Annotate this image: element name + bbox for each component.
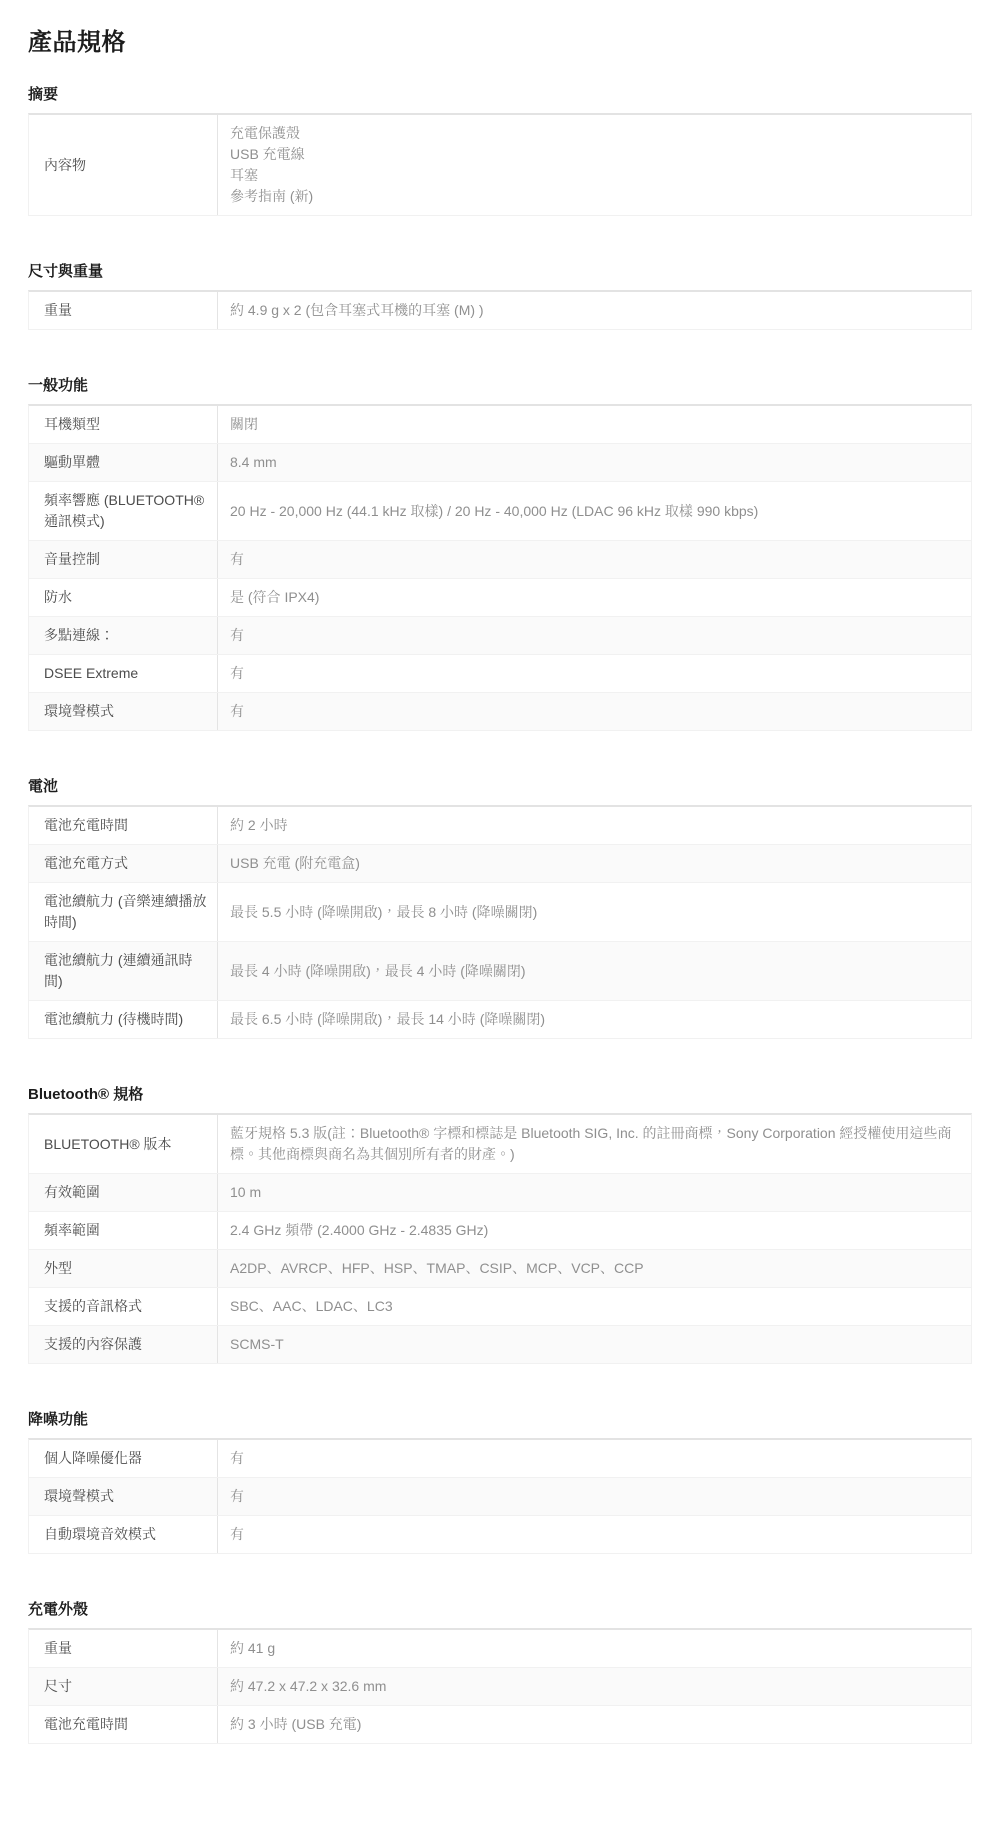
spec-row: 音量控制有	[29, 540, 971, 578]
spec-value-line: 有	[230, 1524, 957, 1545]
spec-label: 驅動單體	[29, 444, 217, 481]
spec-label: 電池續航力 (待機時間)	[29, 1001, 217, 1038]
spec-label-text: 電池續航力 (待機時間)	[44, 1009, 183, 1030]
spec-table: 個人降噪優化器有環境聲模式有自動環境音效模式有	[28, 1438, 972, 1554]
spec-section: Bluetooth® 規格BLUETOOTH® 版本藍牙規格 5.3 版(註：B…	[28, 1083, 972, 1364]
spec-label-text: 電池充電時間	[44, 1714, 128, 1735]
spec-label-text: BLUETOOTH® 版本	[44, 1134, 172, 1155]
spec-value-line: USB 充電線	[230, 144, 957, 165]
spec-label: DSEE Extreme	[29, 655, 217, 692]
spec-row: 電池充電方式USB 充電 (附充電盒)	[29, 844, 971, 882]
spec-row: 重量約 4.9 g x 2 (包含耳塞式耳機的耳塞 (M) )	[29, 292, 971, 329]
spec-value-line: 關閉	[230, 414, 957, 435]
spec-value-line: 有	[230, 1486, 957, 1507]
spec-value-line: 有	[230, 663, 957, 684]
spec-label-text: 環境聲模式	[44, 1486, 114, 1507]
spec-label-text: 電池充電方式	[44, 853, 128, 874]
spec-value: 10 m	[217, 1174, 971, 1211]
spec-row: 重量約 41 g	[29, 1630, 971, 1667]
spec-label: 防水	[29, 579, 217, 616]
spec-table: 電池充電時間約 2 小時電池充電方式USB 充電 (附充電盒)電池續航力 (音樂…	[28, 805, 972, 1039]
spec-value: 約 4.9 g x 2 (包含耳塞式耳機的耳塞 (M) )	[217, 292, 971, 329]
spec-row: 多點連線：有	[29, 616, 971, 654]
section-heading: Bluetooth® 規格	[28, 1083, 972, 1104]
spec-value-line: SCMS-T	[230, 1334, 957, 1355]
spec-value: 充電保護殼USB 充電線耳塞參考指南 (新)	[217, 115, 971, 215]
spec-label-text: 有效範圍	[44, 1182, 100, 1203]
spec-value-line: 有	[230, 1448, 957, 1469]
spec-label: 環境聲模式	[29, 1478, 217, 1515]
spec-value: 有	[217, 617, 971, 654]
spec-value-line: 8.4 mm	[230, 452, 957, 473]
section-heading: 摘要	[28, 83, 972, 104]
spec-label: 內容物	[29, 115, 217, 215]
spec-table: 耳機類型關閉驅動單體8.4 mm頻率響應 (BLUETOOTH® 通訊模式)20…	[28, 404, 972, 731]
spec-label: 電池充電方式	[29, 845, 217, 882]
spec-value-line: 2.4 GHz 頻帶 (2.4000 GHz - 2.4835 GHz)	[230, 1220, 957, 1241]
spec-label: 尺寸	[29, 1668, 217, 1705]
spec-value-line: 有	[230, 625, 957, 646]
spec-value-line: 約 47.2 x 47.2 x 32.6 mm	[230, 1676, 957, 1697]
spec-label-text: 音量控制	[44, 549, 100, 570]
spec-value: 有	[217, 1516, 971, 1553]
spec-label: BLUETOOTH® 版本	[29, 1115, 217, 1173]
spec-row: DSEE Extreme有	[29, 654, 971, 692]
spec-label-text: 頻率範圍	[44, 1220, 100, 1241]
spec-row: BLUETOOTH® 版本藍牙規格 5.3 版(註：Bluetooth® 字標和…	[29, 1115, 971, 1173]
spec-label: 自動環境音效模式	[29, 1516, 217, 1553]
spec-row: 自動環境音效模式有	[29, 1515, 971, 1553]
spec-label-text: 電池續航力 (連續通訊時間)	[44, 950, 207, 992]
spec-value-line: SBC、AAC、LDAC、LC3	[230, 1296, 957, 1317]
spec-section: 充電外殼重量約 41 g尺寸約 47.2 x 47.2 x 32.6 mm電池充…	[28, 1598, 972, 1744]
spec-label: 外型	[29, 1250, 217, 1287]
spec-value-line: 10 m	[230, 1182, 957, 1203]
spec-section: 尺寸與重量重量約 4.9 g x 2 (包含耳塞式耳機的耳塞 (M) )	[28, 260, 972, 330]
spec-value: 有	[217, 541, 971, 578]
spec-label: 電池續航力 (連續通訊時間)	[29, 942, 217, 1000]
spec-row: 電池續航力 (音樂連續播放時間)最長 5.5 小時 (降噪開啟)，最長 8 小時…	[29, 882, 971, 941]
spec-value-line: 耳塞	[230, 165, 957, 186]
spec-value-line: 有	[230, 549, 957, 570]
spec-value: 有	[217, 1478, 971, 1515]
spec-value-line: 參考指南 (新)	[230, 186, 957, 207]
spec-row: 電池續航力 (待機時間)最長 6.5 小時 (降噪開啟)，最長 14 小時 (降…	[29, 1000, 971, 1038]
spec-table: 內容物充電保護殼USB 充電線耳塞參考指南 (新)	[28, 113, 972, 216]
spec-row: 頻率響應 (BLUETOOTH® 通訊模式)20 Hz - 20,000 Hz …	[29, 481, 971, 540]
section-heading: 充電外殼	[28, 1598, 972, 1619]
spec-label: 有效範圍	[29, 1174, 217, 1211]
spec-label-text: 多點連線：	[44, 625, 114, 646]
spec-value: 關閉	[217, 406, 971, 443]
spec-value: 約 2 小時	[217, 807, 971, 844]
spec-label: 頻率範圍	[29, 1212, 217, 1249]
spec-label: 音量控制	[29, 541, 217, 578]
spec-row: 電池續航力 (連續通訊時間)最長 4 小時 (降噪開啟)，最長 4 小時 (降噪…	[29, 941, 971, 1000]
spec-value: SCMS-T	[217, 1326, 971, 1363]
spec-label: 重量	[29, 292, 217, 329]
spec-value: USB 充電 (附充電盒)	[217, 845, 971, 882]
spec-value: 最長 6.5 小時 (降噪開啟)，最長 14 小時 (降噪關閉)	[217, 1001, 971, 1038]
spec-label-text: 防水	[44, 587, 72, 608]
spec-value: 20 Hz - 20,000 Hz (44.1 kHz 取樣) / 20 Hz …	[217, 482, 971, 540]
spec-row: 內容物充電保護殼USB 充電線耳塞參考指南 (新)	[29, 115, 971, 215]
spec-value: A2DP、AVRCP、HFP、HSP、TMAP、CSIP、MCP、VCP、CCP	[217, 1250, 971, 1287]
spec-label: 支援的內容保護	[29, 1326, 217, 1363]
section-heading: 電池	[28, 775, 972, 796]
spec-row: 環境聲模式有	[29, 692, 971, 730]
spec-section: 電池電池充電時間約 2 小時電池充電方式USB 充電 (附充電盒)電池續航力 (…	[28, 775, 972, 1039]
spec-value-line: 約 4.9 g x 2 (包含耳塞式耳機的耳塞 (M) )	[230, 300, 957, 321]
spec-row: 電池充電時間約 3 小時 (USB 充電)	[29, 1705, 971, 1743]
spec-label: 個人降噪優化器	[29, 1440, 217, 1477]
spec-value-line: 是 (符合 IPX4)	[230, 587, 957, 608]
spec-row: 外型A2DP、AVRCP、HFP、HSP、TMAP、CSIP、MCP、VCP、C…	[29, 1249, 971, 1287]
spec-label: 重量	[29, 1630, 217, 1667]
spec-table: BLUETOOTH® 版本藍牙規格 5.3 版(註：Bluetooth® 字標和…	[28, 1113, 972, 1364]
spec-value-line: 約 3 小時 (USB 充電)	[230, 1714, 957, 1735]
spec-label-text: 驅動單體	[44, 452, 100, 473]
spec-label-text: 電池續航力 (音樂連續播放時間)	[44, 891, 207, 933]
spec-label-text: 重量	[44, 300, 72, 321]
spec-label-text: 支援的音訊格式	[44, 1296, 142, 1317]
spec-value: 約 41 g	[217, 1630, 971, 1667]
spec-label: 電池充電時間	[29, 807, 217, 844]
section-heading: 尺寸與重量	[28, 260, 972, 281]
spec-label-text: 重量	[44, 1638, 72, 1659]
product-spec-page: 產品規格 摘要內容物充電保護殼USB 充電線耳塞參考指南 (新)尺寸與重量重量約…	[0, 0, 1000, 1845]
spec-label-text: 電池充電時間	[44, 815, 128, 836]
spec-value-line: 最長 4 小時 (降噪開啟)，最長 4 小時 (降噪關閉)	[230, 961, 957, 982]
spec-section: 摘要內容物充電保護殼USB 充電線耳塞參考指南 (新)	[28, 83, 972, 216]
spec-label-text: 環境聲模式	[44, 701, 114, 722]
spec-value-line: 最長 6.5 小時 (降噪開啟)，最長 14 小時 (降噪關閉)	[230, 1009, 957, 1030]
spec-value: 最長 5.5 小時 (降噪開啟)，最長 8 小時 (降噪關閉)	[217, 883, 971, 941]
spec-row: 防水是 (符合 IPX4)	[29, 578, 971, 616]
spec-value: 有	[217, 693, 971, 730]
spec-value: 最長 4 小時 (降噪開啟)，最長 4 小時 (降噪關閉)	[217, 942, 971, 1000]
spec-value-line: 約 2 小時	[230, 815, 957, 836]
spec-label-text: 耳機類型	[44, 414, 100, 435]
spec-value-line: USB 充電 (附充電盒)	[230, 853, 957, 874]
spec-label-text: 自動環境音效模式	[44, 1524, 156, 1545]
spec-row: 頻率範圍2.4 GHz 頻帶 (2.4000 GHz - 2.4835 GHz)	[29, 1211, 971, 1249]
spec-label: 電池充電時間	[29, 1706, 217, 1743]
spec-row: 耳機類型關閉	[29, 406, 971, 443]
spec-section: 一般功能耳機類型關閉驅動單體8.4 mm頻率響應 (BLUETOOTH® 通訊模…	[28, 374, 972, 731]
spec-value: 有	[217, 1440, 971, 1477]
spec-value-line: 約 41 g	[230, 1638, 957, 1659]
spec-value: SBC、AAC、LDAC、LC3	[217, 1288, 971, 1325]
spec-value-line: 有	[230, 701, 957, 722]
section-heading: 一般功能	[28, 374, 972, 395]
spec-row: 支援的內容保護SCMS-T	[29, 1325, 971, 1363]
spec-row: 有效範圍10 m	[29, 1173, 971, 1211]
spec-label-text: 內容物	[44, 155, 86, 176]
spec-sections: 摘要內容物充電保護殼USB 充電線耳塞參考指南 (新)尺寸與重量重量約 4.9 …	[28, 83, 972, 1744]
spec-label: 耳機類型	[29, 406, 217, 443]
spec-label-text: 個人降噪優化器	[44, 1448, 142, 1469]
spec-label-text: 尺寸	[44, 1676, 72, 1697]
spec-value-line: 藍牙規格 5.3 版(註：Bluetooth® 字標和標誌是 Bluetooth…	[230, 1123, 957, 1165]
spec-value: 約 3 小時 (USB 充電)	[217, 1706, 971, 1743]
spec-value: 約 47.2 x 47.2 x 32.6 mm	[217, 1668, 971, 1705]
spec-value: 藍牙規格 5.3 版(註：Bluetooth® 字標和標誌是 Bluetooth…	[217, 1115, 971, 1173]
spec-label: 電池續航力 (音樂連續播放時間)	[29, 883, 217, 941]
spec-row: 支援的音訊格式SBC、AAC、LDAC、LC3	[29, 1287, 971, 1325]
spec-table: 重量約 4.9 g x 2 (包含耳塞式耳機的耳塞 (M) )	[28, 290, 972, 330]
spec-value-line: 20 Hz - 20,000 Hz (44.1 kHz 取樣) / 20 Hz …	[230, 501, 957, 522]
spec-value: 8.4 mm	[217, 444, 971, 481]
spec-label-text: DSEE Extreme	[44, 663, 138, 684]
spec-label: 環境聲模式	[29, 693, 217, 730]
spec-label-text: 頻率響應 (BLUETOOTH® 通訊模式)	[44, 490, 207, 532]
spec-label-text: 外型	[44, 1258, 72, 1279]
spec-table: 重量約 41 g尺寸約 47.2 x 47.2 x 32.6 mm電池充電時間約…	[28, 1628, 972, 1744]
spec-value: 是 (符合 IPX4)	[217, 579, 971, 616]
page-title: 產品規格	[28, 22, 972, 57]
spec-row: 環境聲模式有	[29, 1477, 971, 1515]
spec-row: 電池充電時間約 2 小時	[29, 807, 971, 844]
spec-row: 驅動單體8.4 mm	[29, 443, 971, 481]
spec-value-line: 充電保護殼	[230, 123, 957, 144]
section-heading: 降噪功能	[28, 1408, 972, 1429]
spec-label: 支援的音訊格式	[29, 1288, 217, 1325]
spec-row: 尺寸約 47.2 x 47.2 x 32.6 mm	[29, 1667, 971, 1705]
spec-label: 多點連線：	[29, 617, 217, 654]
spec-label: 頻率響應 (BLUETOOTH® 通訊模式)	[29, 482, 217, 540]
spec-value: 2.4 GHz 頻帶 (2.4000 GHz - 2.4835 GHz)	[217, 1212, 971, 1249]
spec-value: 有	[217, 655, 971, 692]
spec-value-line: 最長 5.5 小時 (降噪開啟)，最長 8 小時 (降噪關閉)	[230, 902, 957, 923]
spec-row: 個人降噪優化器有	[29, 1440, 971, 1477]
spec-label-text: 支援的內容保護	[44, 1334, 142, 1355]
spec-value-line: A2DP、AVRCP、HFP、HSP、TMAP、CSIP、MCP、VCP、CCP	[230, 1258, 957, 1279]
spec-section: 降噪功能個人降噪優化器有環境聲模式有自動環境音效模式有	[28, 1408, 972, 1554]
